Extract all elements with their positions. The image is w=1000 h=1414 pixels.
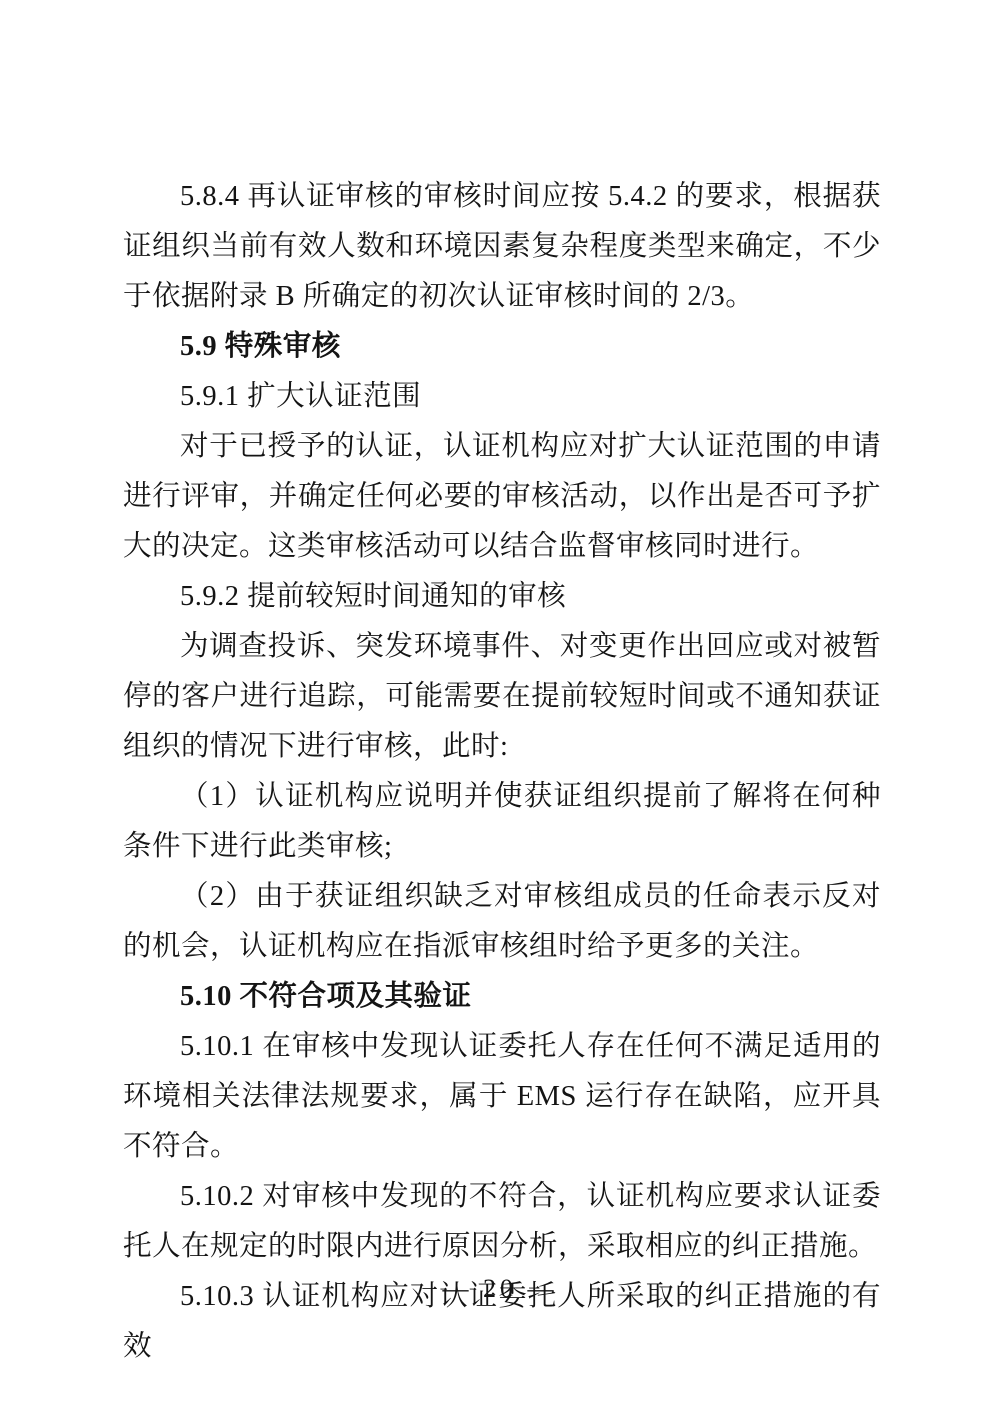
heading-5-9: 5.9 特殊审核 [123, 322, 881, 372]
document-body: 5.8.4 再认证审核的审核时间应按 5.4.2 的要求，根据获证组织当前有效人… [123, 172, 881, 1372]
para-5-9-2-body: 为调查投诉、突发环境事件、对变更作出回应或对被暂停的客户进行追踪，可能需要在提前… [123, 622, 881, 772]
para-5-10-2: 5.10.2 对审核中发现的不符合，认证机构应要求认证委托人在规定的时限内进行原… [123, 1172, 881, 1272]
para-5-9-2-item-2: （2）由于获证组织缺乏对审核组成员的任命表示反对的机会，认证机构应在指派审核组时… [123, 872, 881, 972]
para-5-9-2-item-1: （1）认证机构应说明并使获证组织提前了解将在何种条件下进行此类审核; [123, 772, 881, 872]
para-5-10-1: 5.10.1 在审核中发现认证委托人存在任何不满足适用的环境相关法律法规要求，属… [123, 1022, 881, 1172]
page-number: — 20 — [0, 1274, 1000, 1304]
document-page: 5.8.4 再认证审核的审核时间应按 5.4.2 的要求，根据获证组织当前有效人… [0, 0, 1000, 1414]
heading-5-10: 5.10 不符合项及其验证 [123, 972, 881, 1022]
heading-5-9-2: 5.9.2 提前较短时间通知的审核 [123, 572, 881, 622]
heading-5-9-1: 5.9.1 扩大认证范围 [123, 372, 881, 422]
para-5-9-1-body: 对于已授予的认证，认证机构应对扩大认证范围的申请进行评审，并确定任何必要的审核活… [123, 422, 881, 572]
para-5-8-4: 5.8.4 再认证审核的审核时间应按 5.4.2 的要求，根据获证组织当前有效人… [123, 172, 881, 322]
